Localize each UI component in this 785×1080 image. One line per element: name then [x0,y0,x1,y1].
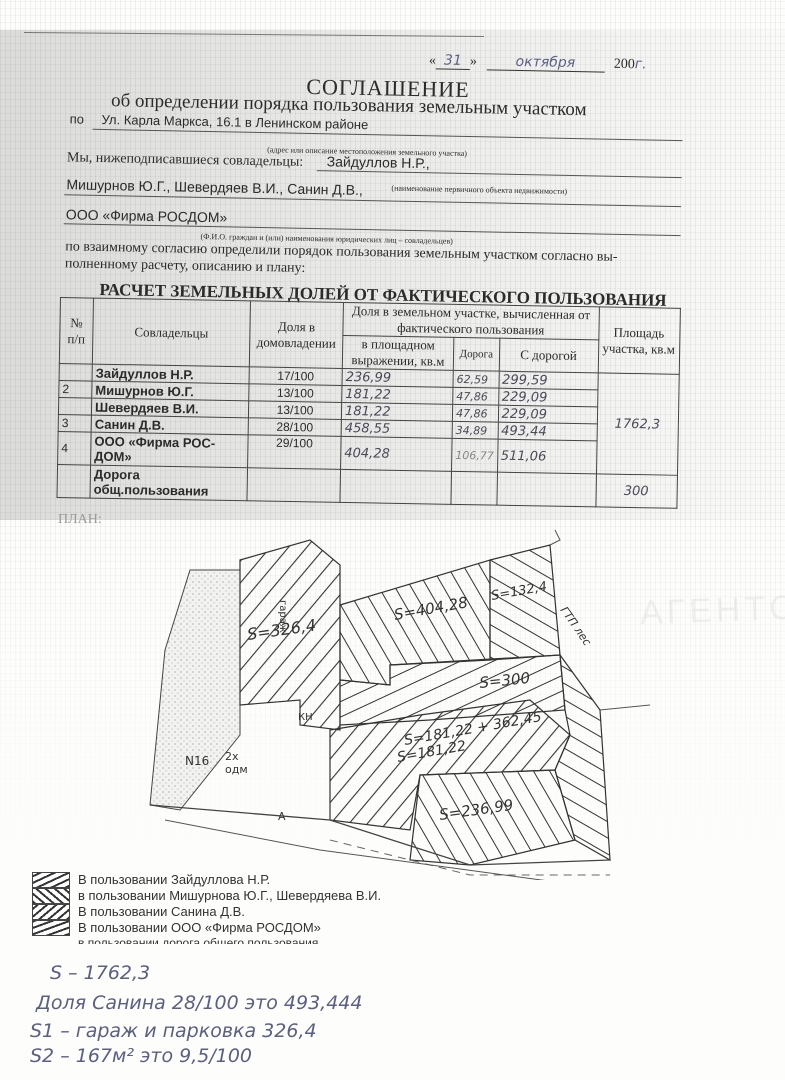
date-year: 200 [614,57,635,72]
cell-with-road: 229,09 [498,405,597,424]
party-zaydullov: Зайдуллов Н.Р., [327,153,430,171]
legend-swatch-zaydullov [32,872,70,888]
date-year-suffix: г. [635,56,647,72]
cell-area: 181,22 [341,402,452,421]
agreement-date: «31» октября 200г. [429,52,647,73]
header-land-share: Доля в земельном участке, вычисленная от… [343,302,599,339]
header-house-share: Доля в домовладении [249,301,343,369]
header-with-road: С дорогой [499,338,599,373]
date-day: 31 [436,52,470,70]
cell-share: 28/100 [248,418,341,437]
cell-plot-area-total: 1762,3 [596,373,679,475]
parties-line-3: ООО «Фирма РОСДОМ» [66,206,228,225]
cell-num: 4 [58,431,92,465]
cell-num [59,363,92,381]
parties-underline-3 [64,223,681,236]
cell-road: 62,59 [453,370,499,388]
cell-num [57,464,91,498]
cell-with-road: 493,44 [498,422,597,441]
cell-area [340,469,452,504]
cell-share: 13/100 [249,384,342,403]
legend-item: В пользовании Санина Д.В. [78,904,245,919]
cell-share [247,468,341,503]
cell-area: 458,55 [341,419,452,438]
parties-underline-1 [317,170,682,178]
parties-underline-2 [64,194,681,207]
cell-num: 2 [59,380,92,398]
date-month: октября [486,53,604,72]
legend-swatch-sanin [32,904,70,920]
cell-share: 13/100 [248,401,341,420]
annotation-a: А [278,810,286,823]
parties-intro: Мы, нижеподписавшиеся совладельцы: [67,150,304,170]
body-line-2: полненному расчету, описанию и плану: [65,256,306,277]
address-label: по [70,111,85,126]
address-underline [93,129,683,141]
header-road: Дорога [453,337,499,371]
cell-share: 17/100 [249,367,342,386]
cell-share: 29/100 [248,435,342,470]
cell-road: 106,77 [452,438,498,472]
object-hint: (наименование первичного объекта недвижи… [391,184,567,196]
annotation-kn: КН [298,712,313,723]
note-garage-parking: S1 – гараж и парковка 326,4 [30,1020,317,1042]
note-s2: S2 – 167м² это 9,5/100 [30,1045,252,1067]
cell-road [451,471,497,505]
annotation-gtp: ГТП лес [558,604,594,648]
legend-item-road: в пользовании дорога общего пользования [78,936,318,944]
header-num: № п/п [59,298,93,365]
note-sanin-share: Доля Санина 28/100 это 493,444 [36,992,362,1014]
cell-road: 47,86 [452,404,498,422]
header-owners: Совладельцы [92,298,250,367]
cell-with-road: 299,59 [498,371,597,390]
zone-sanin [410,770,575,865]
cell-num [58,397,91,415]
annotation-2x: 2х [225,750,239,763]
legend-item: в пользовании Мишурнова Ю.Г., Шевердяева… [78,888,381,903]
cell-with-road [496,472,596,507]
cell-owner: ООО «Фирма РОС-ДОМ» [91,432,249,468]
annotation-dm: одм [225,763,248,776]
annotation-n16: N16 [185,754,209,768]
legend-item: В пользовании ООО «Фирма РОСДОМ» [78,920,321,935]
scan-edge-line [24,32,484,37]
cell-area: 236,99 [342,368,453,387]
site-plan-drawing: S=326,4 S=404,28 S=132,4 S=300 S=181,22 … [0,520,785,880]
annotation-garage: гараж [277,600,288,633]
header-area: в площадном выражении, кв.м [342,335,454,370]
cell-road-area: 300 [595,474,677,508]
scanned-document: «31» октября 200г. СОГЛАШЕНИЕ об определ… [0,0,785,1080]
legend-swatch-mishurnov [32,888,70,904]
cell-area: 404,28 [341,436,453,471]
cell-road: 47,86 [453,387,499,405]
cell-with-road: 511,06 [497,439,597,474]
cell-with-road: 229,09 [498,388,597,407]
header-plot-area: Площадь участка, кв.м [598,307,680,374]
note-total-area: S – 1762,3 [50,962,150,984]
legend-swatch-rosdom [32,920,70,936]
cell-road: 34,89 [452,421,498,439]
land-share-table: № п/п Совладельцы Доля в домовладении До… [56,297,680,509]
cell-num: 3 [58,414,91,432]
cell-owner: Дорога общ.пользования [90,465,248,501]
cell-area: 181,22 [342,385,453,404]
legend-item: В пользовании Зайдуллова Н.Р. [78,872,270,887]
